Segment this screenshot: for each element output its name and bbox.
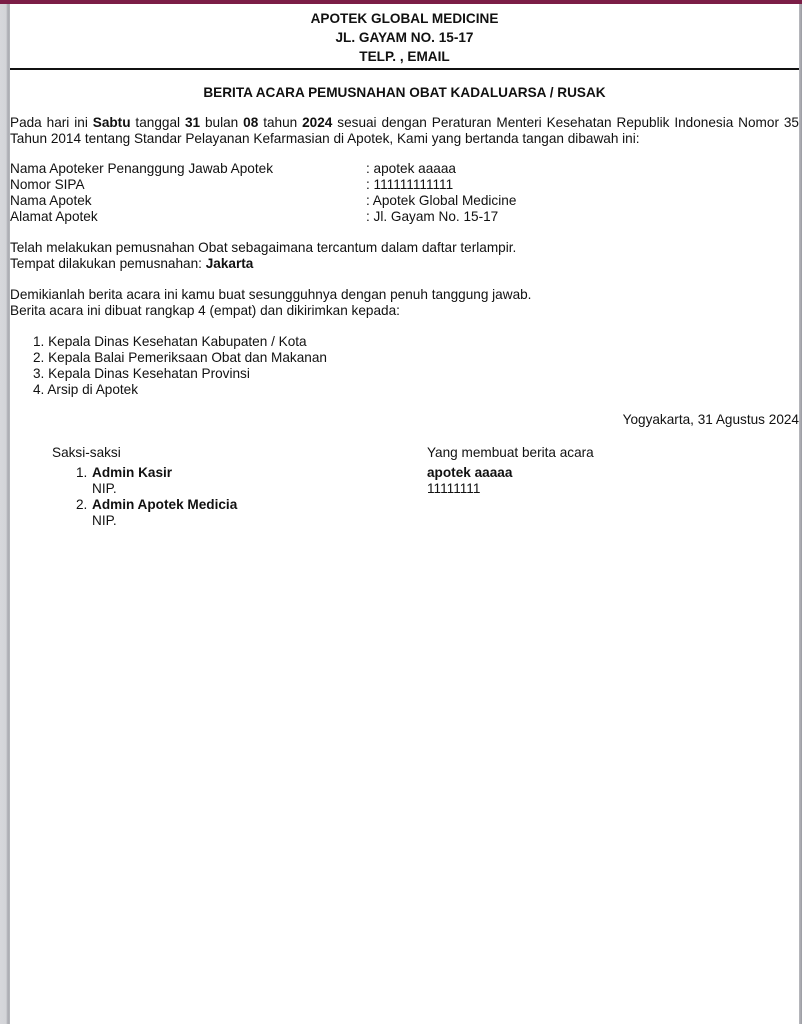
intro-month: 08 [243,115,258,130]
info-value: : Apotek Global Medicine [366,193,516,209]
closing-line: Demikianlah berita acara ini kamu buat s… [10,287,531,303]
document-title: BERITA ACARA PEMUSNAHAN OBAT KADALUARSA … [10,85,799,101]
info-row: Nama Apotek : Apotek Global Medicine [10,193,799,209]
letterhead: APOTEK GLOBAL MEDICINE JL. GAYAM NO. 15-… [10,4,799,66]
document-page: APOTEK GLOBAL MEDICINE JL. GAYAM NO. 15-… [10,4,799,1024]
intro-date: 31 [185,115,200,130]
letterhead-divider [10,68,799,70]
recipient-list: 1. Kepala Dinas Kesehatan Kabupaten / Ko… [33,334,327,398]
destruction-place: Tempat dilakukan pemusnahan: Jakarta [10,256,516,272]
info-row: Nama Apoteker Penanggung Jawab Apotek : … [10,161,799,177]
intro-text: tanggal [131,115,185,130]
intro-day: Sabtu [93,115,131,130]
recipient-item: 2. Kepala Balai Pemeriksaan Obat dan Mak… [33,350,327,366]
pharmacy-name: APOTEK GLOBAL MEDICINE [10,9,799,28]
info-row: Nomor SIPA : 111111111111 [10,177,799,193]
maker-id: 11111111 [427,481,594,497]
info-value: : 111111111111 [366,177,453,193]
witness-name: Admin Apotek Medicia [92,497,237,512]
maker-name: apotek aaaaa [427,465,594,481]
place-value: Jakarta [206,256,254,271]
pharmacy-contact: TELP. , EMAIL [10,47,799,66]
place-label: Tempat dilakukan pemusnahan: [10,256,206,271]
info-label: Nama Apotek [10,193,92,209]
intro-year: 2024 [302,115,332,130]
info-value: : Jl. Gayam No. 15-17 [366,209,498,225]
maker-signature-block: Yang membuat berita acara apotek aaaaa 1… [427,445,594,497]
intro-text: Pada hari ini [10,115,93,130]
place-date: Yogyakarta, 31 Agustus 2024 [623,412,799,428]
destruction-statement: Telah melakukan pemusnahan Obat sebagaim… [10,240,516,256]
intro-paragraph: Pada hari ini Sabtu tanggal 31 bulan 08 … [10,115,799,147]
info-label: Nomor SIPA [10,177,85,193]
witness-list: 1.Admin Kasir NIP. 2.Admin Apotek Medici… [76,465,237,529]
recipient-item: 3. Kepala Dinas Kesehatan Provinsi [33,366,327,382]
pharmacy-info-table: Nama Apoteker Penanggung Jawab Apotek : … [10,161,799,225]
viewer-left-frame [0,4,10,1024]
witness-number: 1. [76,465,92,481]
witness-number: 2. [76,497,92,513]
info-value: : apotek aaaaa [366,161,456,177]
info-label: Alamat Apotek [10,209,98,225]
witness-item: 2.Admin Apotek Medicia NIP. [76,497,237,529]
witness-item: 1.Admin Kasir NIP. [76,465,237,497]
closing-line: Berita acara ini dibuat rangkap 4 (empat… [10,303,531,319]
recipient-item: 4. Arsip di Apotek [33,382,327,398]
witness-name: Admin Kasir [92,465,172,480]
intro-text: bulan [200,115,243,130]
maker-label: Yang membuat berita acara [427,445,594,461]
witness-nip: NIP. [76,513,237,529]
pharmacy-address: JL. GAYAM NO. 15-17 [10,28,799,47]
recipient-item: 1. Kepala Dinas Kesehatan Kabupaten / Ko… [33,334,327,350]
intro-text: tahun [258,115,302,130]
info-row: Alamat Apotek : Jl. Gayam No. 15-17 [10,209,799,225]
info-label: Nama Apoteker Penanggung Jawab Apotek [10,161,273,177]
witnesses-label: Saksi-saksi [52,445,121,461]
destruction-paragraph: Telah melakukan pemusnahan Obat sebagaim… [10,240,516,272]
closing-paragraph: Demikianlah berita acara ini kamu buat s… [10,287,531,319]
witness-nip: NIP. [76,481,237,497]
